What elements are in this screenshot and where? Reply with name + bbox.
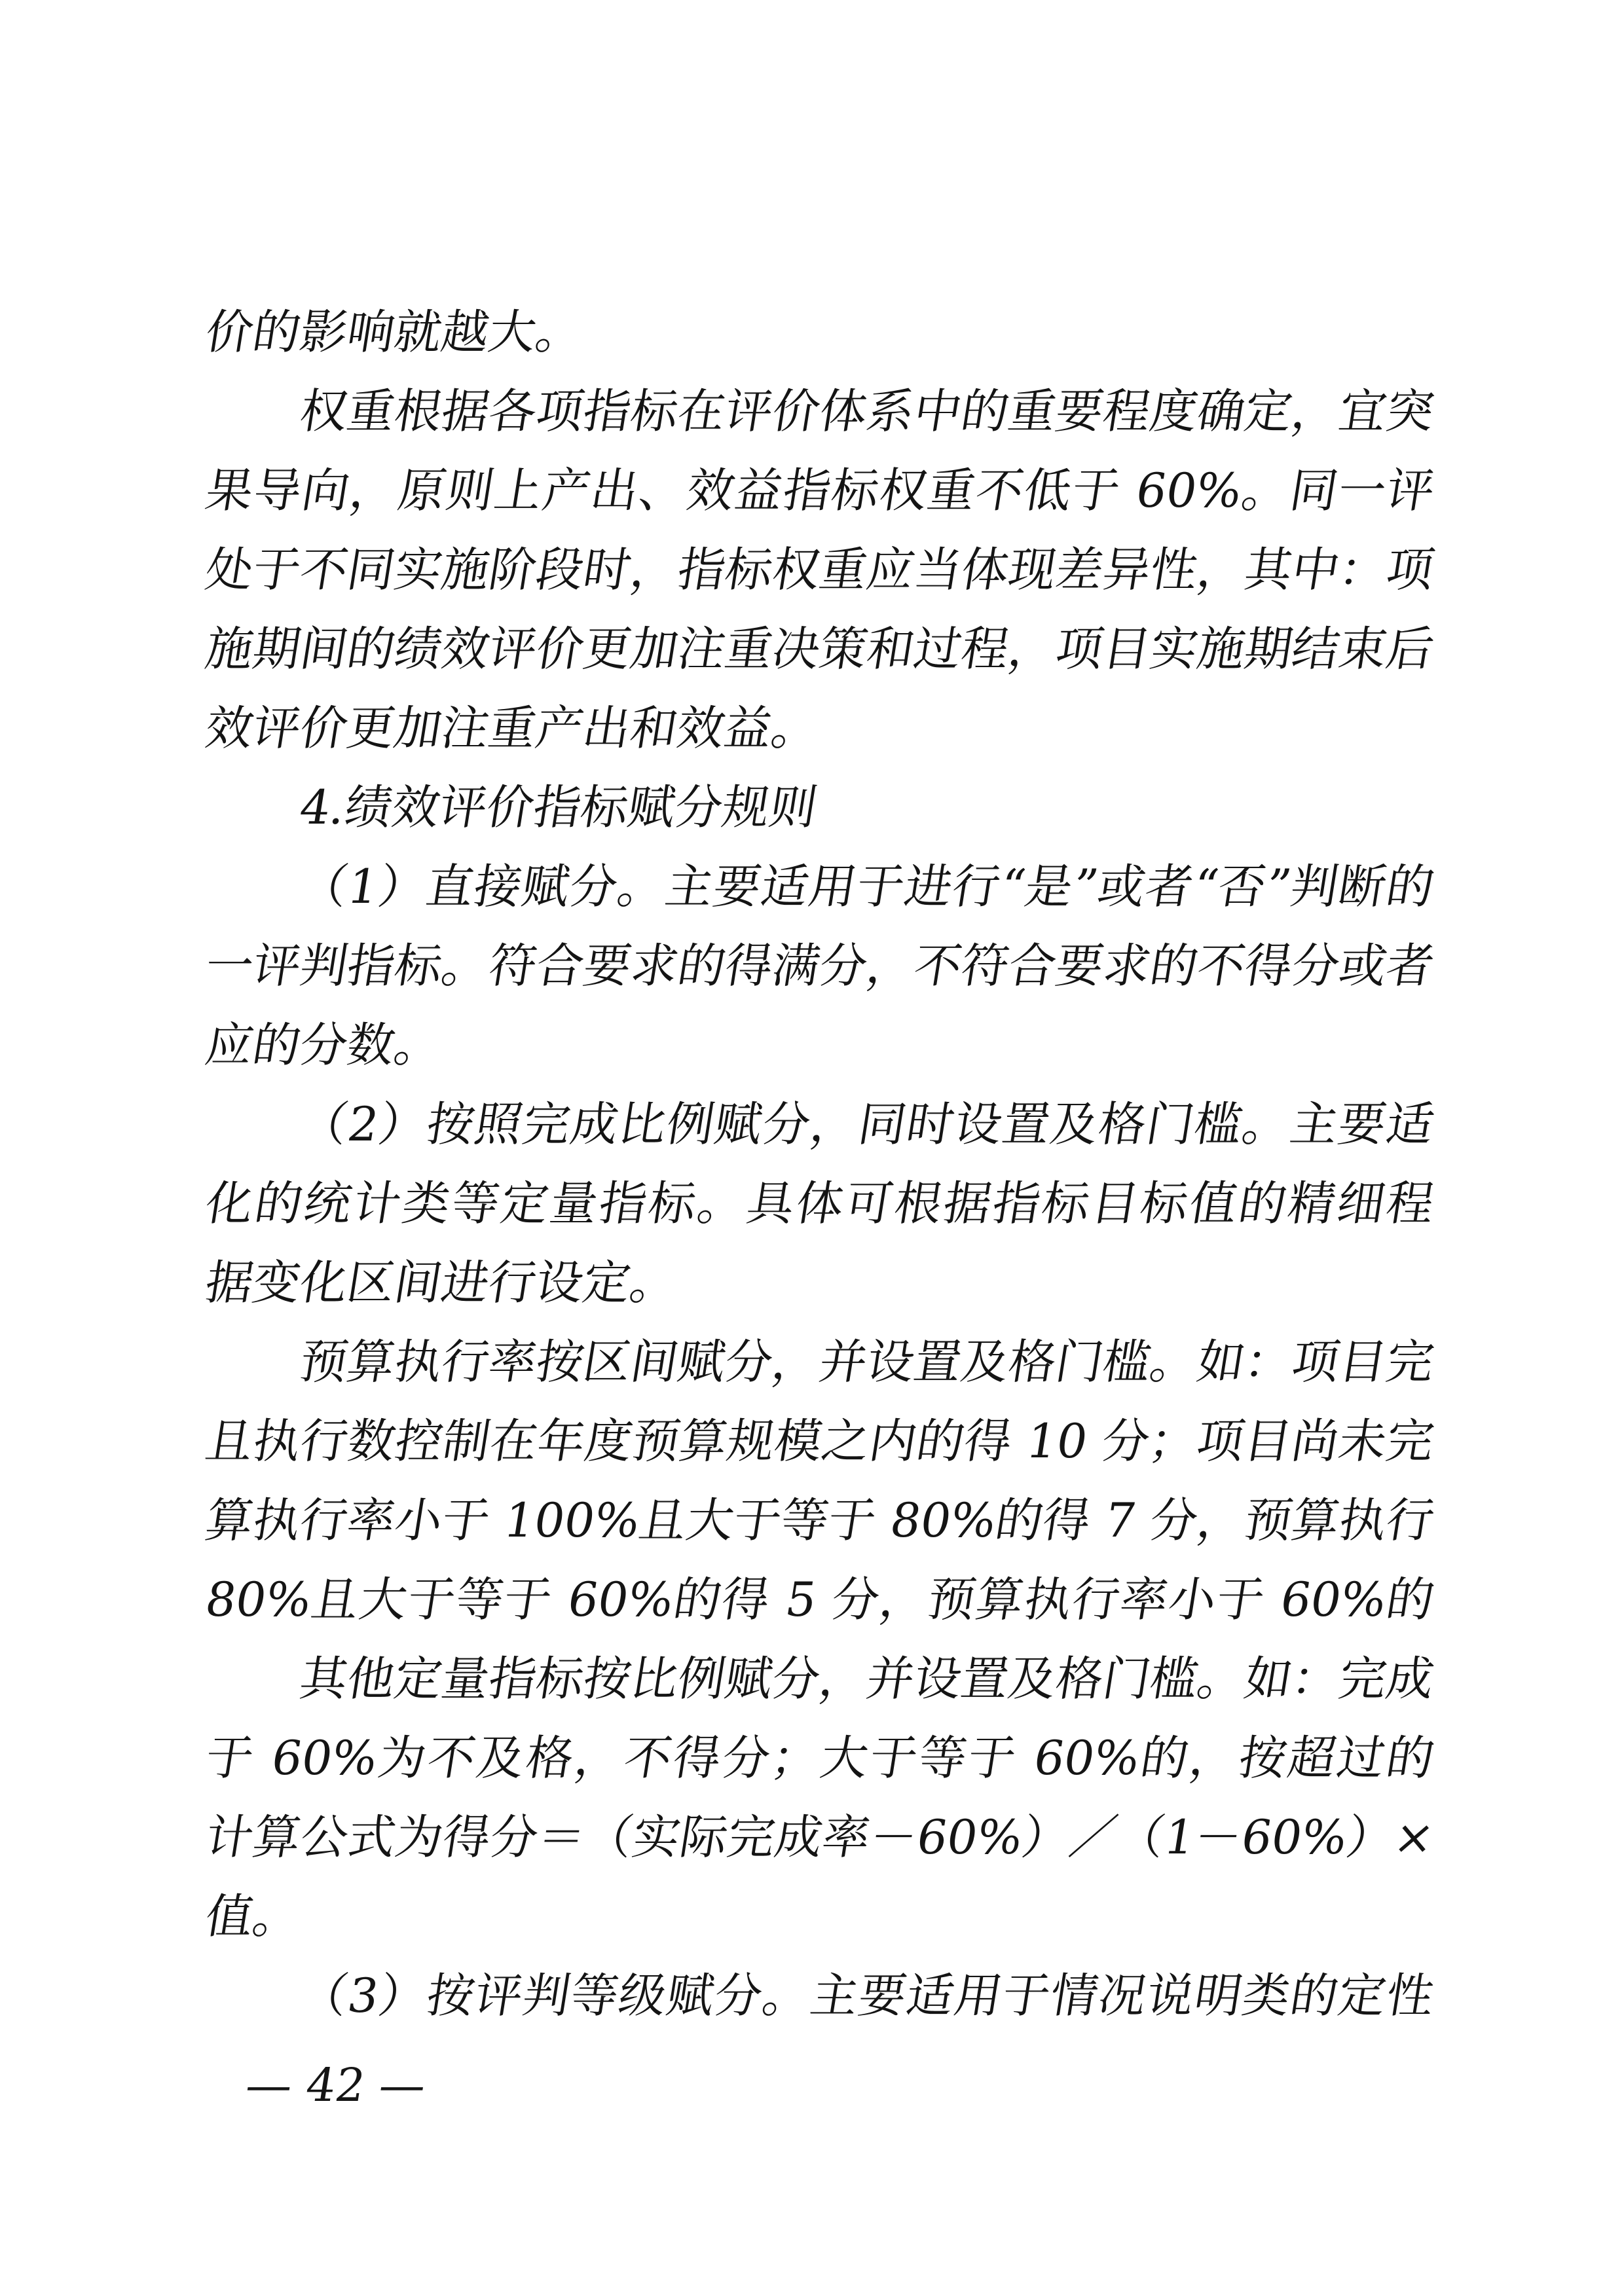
text-line: 且执行数控制在年度预算规模之内的得 10 分；项目尚未完成，预 bbox=[200, 1402, 1440, 1481]
document-page: 价的影响就越大。 权重根据各项指标在评价体系中的重要程度确定，宜突出结 果导向，… bbox=[0, 0, 1624, 2296]
text-line: 于 60%为不及格，不得分；大于等于 60%的，按超过的比重赋分， bbox=[200, 1719, 1440, 1798]
text-line: 化的统计类等定量指标。具体可根据指标目标值的精细程度、数 bbox=[200, 1164, 1440, 1243]
text-line: 算执行率小于 100%且大于等于 80%的得 7 分，预算执行率小于 bbox=[200, 1481, 1440, 1560]
text-line: 一评判指标。符合要求的得满分，不符合要求的不得分或者扣相 bbox=[200, 926, 1440, 1006]
text-line: （2）按照完成比例赋分，同时设置及格门槛。主要适用于量 bbox=[200, 1085, 1440, 1164]
text-line: 80%且大于等于 60%的得 5 分，预算执行率小于 60%的不得分。 bbox=[200, 1560, 1440, 1639]
text-line: 据变化区间进行设定。 bbox=[200, 1243, 1440, 1322]
text-line: 值。 bbox=[200, 1877, 1440, 1956]
text-line: 施期间的绩效评价更加注重决策和过程，项目实施期结束后的绩 bbox=[200, 610, 1440, 689]
page-number: — 42 — bbox=[241, 2052, 430, 2118]
text-line: 应的分数。 bbox=[200, 1006, 1440, 1085]
text-line: 效评价更加注重产出和效益。 bbox=[200, 689, 1440, 768]
text-line: 计算公式为得分＝（实际完成率－60%）／（1－60%）×指标分 bbox=[200, 1798, 1440, 1877]
text-line: 价的影响就越大。 bbox=[200, 293, 1440, 372]
text-line: 其他定量指标按比例赋分，并设置及格门槛。如：完成率小 bbox=[200, 1639, 1440, 1719]
text-line: 4.绩效评价指标赋分规则 bbox=[200, 768, 1440, 847]
text-line: （1）直接赋分。主要适用于进行“是”或者“否”判断的单 bbox=[200, 847, 1440, 926]
text-line: 果导向，原则上产出、效益指标权重不低于 60%。同一评价对象 bbox=[200, 451, 1440, 530]
text-line: （3）按评判等级赋分。主要适用于情况说明类的定性指标。 bbox=[200, 1956, 1440, 2035]
text-line: 预算执行率按区间赋分，并设置及格门槛。如：项目完成， bbox=[200, 1322, 1440, 1402]
body-text: 价的影响就越大。 权重根据各项指标在评价体系中的重要程度确定，宜突出结 果导向，… bbox=[200, 293, 1428, 2035]
text-line: 处于不同实施阶段时，指标权重应当体现差异性，其中：项目实 bbox=[200, 530, 1440, 610]
text-line: 权重根据各项指标在评价体系中的重要程度确定，宜突出结 bbox=[200, 372, 1440, 451]
